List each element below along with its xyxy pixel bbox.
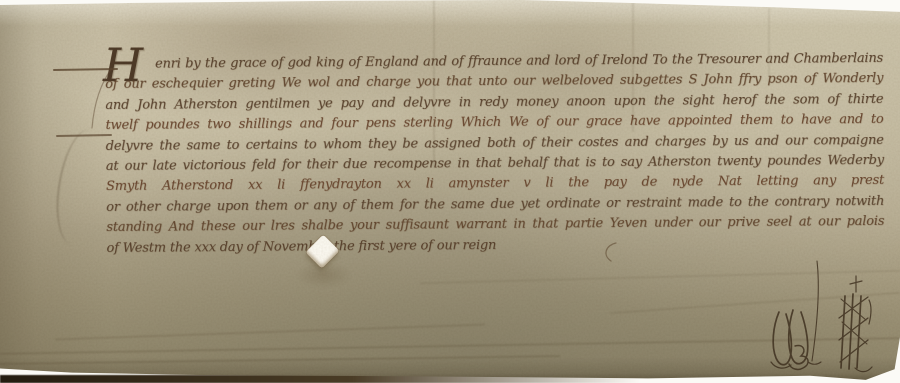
parchment: H enri by the grace of god king of Engla… xyxy=(0,0,900,383)
parchment-grain-texture xyxy=(0,0,900,383)
manuscript-photo: H enri by the grace of god king of Engla… xyxy=(0,0,900,383)
